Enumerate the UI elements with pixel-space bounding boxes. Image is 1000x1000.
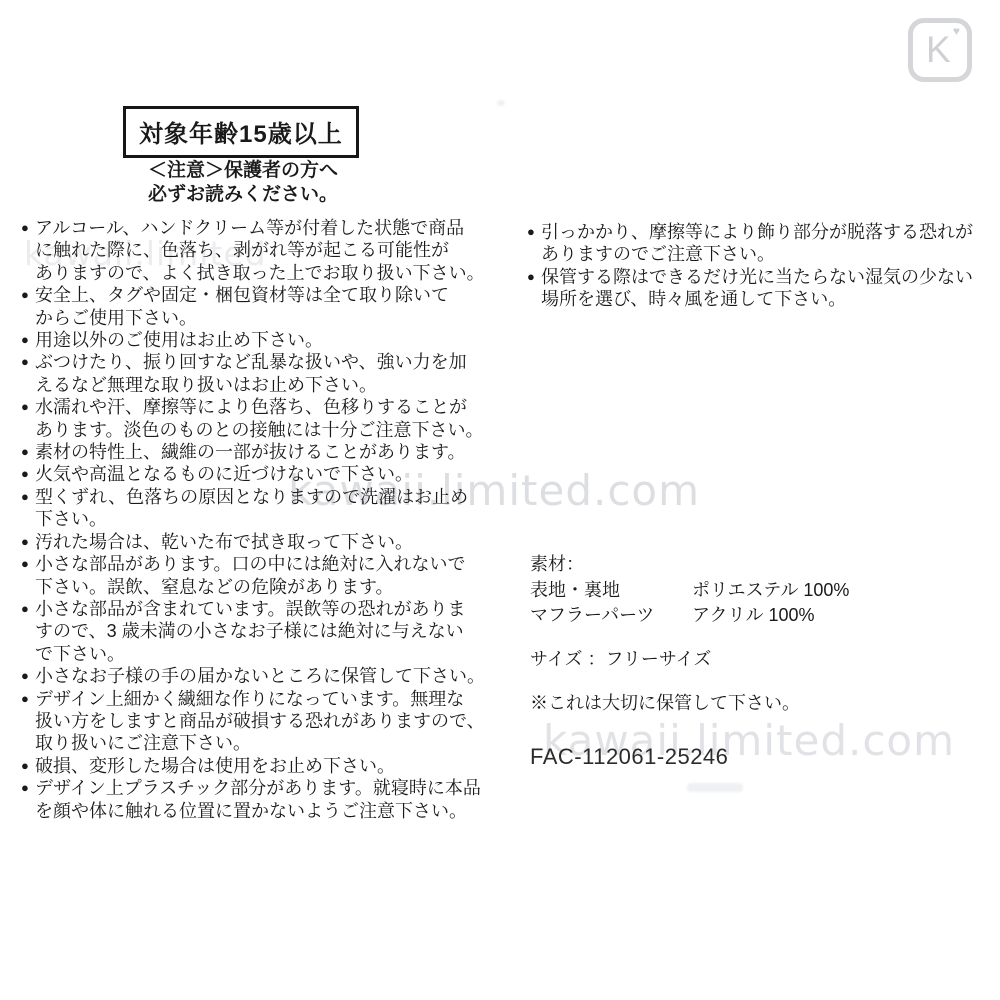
caution-item: ●破損、変形した場合は使用をお止め下さい。 bbox=[21, 755, 486, 777]
material-row: マフラーパーツ アクリル 100% bbox=[530, 603, 849, 629]
bullet-icon: ● bbox=[527, 266, 541, 311]
caution-list-right: ●引っかかり、摩擦等により飾り部分が脱落する恐れが ありますのでご注意下さい。 … bbox=[527, 221, 995, 311]
caution-text: 保管する際はできるだけ光に当たらない湿気の少ない 場所を選び、時々風を通して下さ… bbox=[541, 266, 973, 311]
caution-item: ●型くずれ、色落ちの原因となりますので洗濯はお止め 下さい。 bbox=[21, 486, 486, 531]
bullet-icon: ● bbox=[21, 553, 35, 598]
caution-text: 素材の特性上、繊維の一部が抜けることがあります。 bbox=[35, 441, 466, 463]
bullet-icon: ● bbox=[21, 531, 35, 553]
notice-line2: 必ずお読みください。 bbox=[112, 183, 374, 207]
materials-section: 素材： 表地・裏地 ポリエステル 100% マフラーパーツ アクリル 100% bbox=[530, 552, 849, 629]
bullet-icon: ● bbox=[21, 777, 35, 822]
caution-text: デザイン上細かく繊細な作りになっています。無理な 扱い方をしますと商品が破損する… bbox=[35, 688, 485, 755]
caution-item: ●保管する際はできるだけ光に当たらない湿気の少ない 場所を選び、時々風を通して下… bbox=[527, 266, 995, 311]
caution-text: 破損、変形した場合は使用をお止め下さい。 bbox=[35, 755, 395, 777]
caution-text: 小さな部品が含まれています。誤飲等の恐れがありま すので、3 歳未満の小さなお子… bbox=[35, 598, 466, 665]
caution-text: ぶつけたり、振り回すなど乱暴な扱いや、強い力を加 えるなど無理な取り扱いはお止め… bbox=[35, 351, 467, 396]
storage-note: ※これは大切に保管して下さい。 bbox=[530, 689, 800, 715]
materials-heading: 素材： bbox=[530, 552, 849, 578]
caution-item: ●デザイン上プラスチック部分があります。就寝時に本品 を顔や体に触れる位置に置か… bbox=[21, 777, 486, 822]
heart-icon: ♥ bbox=[953, 24, 960, 38]
caution-item: ●引っかかり、摩擦等により飾り部分が脱落する恐れが ありますのでご注意下さい。 bbox=[527, 221, 995, 266]
material-row: 表地・裏地 ポリエステル 100% bbox=[530, 578, 849, 604]
caution-text: 汚れた場合は、乾いた布で拭き取って下さい。 bbox=[35, 531, 413, 553]
bullet-icon: ● bbox=[21, 755, 35, 777]
scan-smudge bbox=[497, 100, 505, 106]
caution-item: ●火気や高温となるものに近づけないで下さい。 bbox=[21, 463, 486, 485]
size-info: サイズ ：フリーサイズ bbox=[530, 645, 711, 671]
caution-text: 火気や高温となるものに近づけないで下さい。 bbox=[35, 463, 413, 485]
caution-item: ●水濡れや汗、摩擦等により色落ち、色移りすることが あります。淡色のものとの接触… bbox=[21, 396, 486, 441]
bullet-icon: ● bbox=[21, 441, 35, 463]
caution-text: 型くずれ、色落ちの原因となりますので洗濯はお止め 下さい。 bbox=[35, 486, 468, 531]
caution-text: 安全上、タグや固定・梱包資材等は全て取り除いて からご使用下さい。 bbox=[35, 284, 449, 329]
product-code: FAC-112061-25246 bbox=[530, 744, 728, 770]
material-value: アクリル 100% bbox=[692, 603, 815, 629]
caution-item: ●アルコール、ハンドクリーム等が付着した状態で商品 に触れた際に、色落ち、剥がれ… bbox=[21, 217, 486, 284]
caution-list-left: ●アルコール、ハンドクリーム等が付着した状態で商品 に触れた際に、色落ち、剥がれ… bbox=[21, 217, 486, 822]
logo-letter: K bbox=[926, 27, 951, 73]
material-value: ポリエステル 100% bbox=[692, 578, 849, 604]
kawaii-limited-logo-icon: K ♥ bbox=[908, 18, 972, 82]
notice-line1: ＜注意＞保護者の方へ bbox=[112, 159, 374, 183]
caution-text: 水濡れや汗、摩擦等により色落ち、色移りすることが あります。淡色のものとの接触に… bbox=[35, 396, 484, 441]
material-label: マフラーパーツ bbox=[530, 603, 692, 629]
caution-text: 引っかかり、摩擦等により飾り部分が脱落する恐れが ありますのでご注意下さい。 bbox=[541, 221, 973, 266]
bullet-icon: ● bbox=[21, 688, 35, 755]
caution-text: アルコール、ハンドクリーム等が付着した状態で商品 に触れた際に、色落ち、剥がれ等… bbox=[35, 217, 485, 284]
caution-text: 用途以外のご使用はお止め下さい。 bbox=[35, 329, 323, 351]
caution-item: ●汚れた場合は、乾いた布で拭き取って下さい。 bbox=[21, 531, 486, 553]
caution-item: ●小さな部品が含まれています。誤飲等の恐れがありま すので、3 歳未満の小さなお… bbox=[21, 598, 486, 665]
guardian-notice: ＜注意＞保護者の方へ 必ずお読みください。 bbox=[112, 159, 374, 207]
caution-text: 小さな部品があります。口の中には絶対に入れないで 下さい。誤飲、窒息などの危険が… bbox=[35, 553, 466, 598]
bullet-icon: ● bbox=[527, 221, 541, 266]
bullet-icon: ● bbox=[21, 351, 35, 396]
caution-item: ●素材の特性上、繊維の一部が抜けることがあります。 bbox=[21, 441, 486, 463]
bullet-icon: ● bbox=[21, 665, 35, 687]
caution-text: 小さなお子様の手の届かないところに保管して下さい。 bbox=[35, 665, 485, 687]
bullet-icon: ● bbox=[21, 329, 35, 351]
caution-item: ●小さな部品があります。口の中には絶対に入れないで 下さい。誤飲、窒息などの危険… bbox=[21, 553, 486, 598]
caution-item: ●安全上、タグや固定・梱包資材等は全て取り除いて からご使用下さい。 bbox=[21, 284, 486, 329]
caution-item: ●デザイン上細かく繊細な作りになっています。無理な 扱い方をしますと商品が破損す… bbox=[21, 688, 486, 755]
caution-item: ●用途以外のご使用はお止め下さい。 bbox=[21, 329, 486, 351]
age-restriction-box: 対象年齢15歳以上 bbox=[123, 106, 359, 158]
caution-item: ●ぶつけたり、振り回すなど乱暴な扱いや、強い力を加 えるなど無理な取り扱いはお止… bbox=[21, 351, 486, 396]
bullet-icon: ● bbox=[21, 284, 35, 329]
caution-item: ●小さなお子様の手の届かないところに保管して下さい。 bbox=[21, 665, 486, 687]
bullet-icon: ● bbox=[21, 217, 35, 284]
material-label: 表地・裏地 bbox=[530, 578, 692, 604]
bullet-icon: ● bbox=[21, 486, 35, 531]
scan-smudge bbox=[687, 783, 743, 792]
bullet-icon: ● bbox=[21, 396, 35, 441]
bullet-icon: ● bbox=[21, 463, 35, 485]
bullet-icon: ● bbox=[21, 598, 35, 665]
caution-text: デザイン上プラスチック部分があります。就寝時に本品 を顔や体に触れる位置に置かな… bbox=[35, 777, 481, 822]
